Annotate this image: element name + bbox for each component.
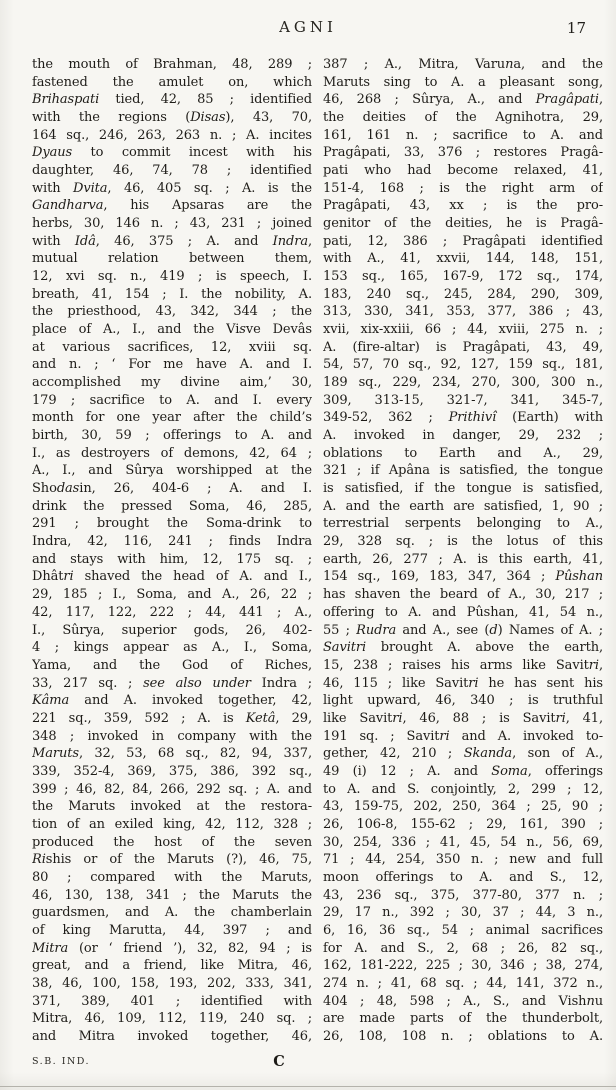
text-line: 291 ; brought the Soma-drink to (32, 515, 312, 533)
text-line: 189 sq., 229, 234, 270, 300, 300 n., (323, 374, 603, 392)
text-line: 339, 352-4, 369, 375, 386, 392 sq., (32, 763, 312, 781)
text-line: oblations to Earth and A., 29, (323, 445, 603, 463)
text-line: Pragâpati, 33, 376 ; restores Pragâ- (323, 144, 603, 162)
text-line: daughter, 46, 74, 78 ; identified (32, 162, 312, 180)
text-line: has shaven the beard of A., 30, 217 ; (323, 586, 603, 604)
text-line: accomplished my divine aim,’ 30, (32, 374, 312, 392)
text-line: month for one year after the child’s (32, 409, 312, 427)
text-line: 221 sq., 359, 592 ; A. is Ketâ, 29, (32, 710, 312, 728)
text-line: 349-52, 362 ; Prithivî (Earth) with (323, 409, 603, 427)
text-line: the Maruts invoked at the restora- (32, 798, 312, 816)
text-line: 43, 159-75, 202, 250, 364 ; 25, 90 ; (323, 798, 603, 816)
text-line: with A., 41, xxvii, 144, 148, 151, (323, 250, 603, 268)
text-line: the mouth of Brahman, 48, 289 ; (32, 56, 312, 74)
text-line: Maruts sing to A. a pleasant song, (323, 74, 603, 92)
page-header: AGNI 17 (0, 18, 616, 40)
text-line: Mitra, 46, 109, 112, 119, 240 sq. ; (32, 1010, 312, 1028)
text-line: I., as destroyers of demons, 42, 64 ; (32, 445, 312, 463)
text-line: Rishis or of the Maruts (?), 46, 75, (32, 851, 312, 869)
text-line: Pragâpati, 43, xx ; is the pro- (323, 197, 603, 215)
text-line: 15, 238 ; raises his arms like Savitri, (323, 657, 603, 675)
text-line: 404 ; 48, 598 ; A., S., and Vishnu (323, 993, 603, 1011)
text-line: 26, 106-8, 155-62 ; 29, 161, 390 ; (323, 816, 603, 834)
text-line: 161, 161 n. ; sacrifice to A. and (323, 127, 603, 145)
text-line: Dhâtri shaved the head of A. and I., (32, 568, 312, 586)
text-line: 30, 254, 336 ; 41, 45, 54 n., 56, 69, (323, 834, 603, 852)
text-line: and n. ; ‘ For me have A. and I. (32, 356, 312, 374)
scan-edge-line (0, 1086, 616, 1087)
text-line: to A. and S. conjointly, 2, 299 ; 12, (323, 781, 603, 799)
book-page: AGNI 17 the mouth of Brahman, 48, 289 ;f… (0, 0, 616, 1090)
text-line: pati, 12, 386 ; Pragâpati identified (323, 233, 603, 251)
text-line: 80 ; compared with the Maruts, (32, 869, 312, 887)
text-line: A. (fire-altar) is Pragâpati, 43, 49, (323, 339, 603, 357)
text-line: with the regions (Disas), 43, 70, (32, 109, 312, 127)
text-line: light upward, 46, 340 ; is truthful (323, 692, 603, 710)
text-line: 46, 268 ; Sûrya, A., and Pragâpati, (323, 91, 603, 109)
text-line: 33, 217 sq. ; see also under Indra ; (32, 675, 312, 693)
text-line: 29, 328 sq. ; is the lotus of this (323, 533, 603, 551)
text-line: like Savitri, 46, 88 ; is Savitri, 41, (323, 710, 603, 728)
text-line: I., Sûrya, superior gods, 26, 402- (32, 622, 312, 640)
text-line: moon offerings to A. and S., 12, (323, 869, 603, 887)
text-line: 164 sq., 246, 263, 263 n. ; A. incites (32, 127, 312, 145)
text-line: Kâma and A. invoked together, 42, (32, 692, 312, 710)
text-line: herbs, 30, 146 n. ; 43, 231 ; joined (32, 215, 312, 233)
text-line: of king Marutta, 44, 397 ; and (32, 922, 312, 940)
text-line: A. invoked in danger, 29, 232 ; (323, 427, 603, 445)
text-line: Yama, and the God of Riches, (32, 657, 312, 675)
text-line: 26, 108, 108 n. ; oblations to A. (323, 1028, 603, 1046)
text-line: the priesthood, 43, 342, 344 ; the (32, 303, 312, 321)
text-line: 42, 117, 122, 222 ; 44, 441 ; A., (32, 604, 312, 622)
text-line: 179 ; sacrifice to A. and I. every (32, 392, 312, 410)
text-line: 321 ; if Apâna is satisfied, the tongue (323, 462, 603, 480)
text-line: 71 ; 44, 254, 350 n. ; new and full (323, 851, 603, 869)
page-footer: S.B. IND. C (0, 1053, 616, 1071)
text-line: 387 ; A., Mitra, Varuna, and the (323, 56, 603, 74)
text-line: is satisfied, if the tongue is satisfied… (323, 480, 603, 498)
text-line: xvii, xix-xxiii, 66 ; 44, xviii, 275 n. … (323, 321, 603, 339)
text-line: A., I., and Sûrya worshipped at the (32, 462, 312, 480)
text-line: are made parts of the thunderbolt, (323, 1010, 603, 1028)
text-line: Dyaus to commit incest with his (32, 144, 312, 162)
text-line: offering to A. and Pûshan, 41, 54 n., (323, 604, 603, 622)
text-line: breath, 41, 154 ; I. the nobility, A. (32, 286, 312, 304)
text-line: 154 sq., 169, 183, 347, 364 ; Pûshan (323, 568, 603, 586)
text-line: tion of an exiled king, 42, 112, 328 ; (32, 816, 312, 834)
text-line: 162, 181-222, 225 ; 30, 346 ; 38, 274, (323, 957, 603, 975)
text-line: 309, 313-15, 321-7, 341, 345-7, (323, 392, 603, 410)
text-line: 348 ; invoked in company with the (32, 728, 312, 746)
text-line: 46, 130, 138, 341 ; the Maruts the (32, 887, 312, 905)
text-line: Indra, 42, 116, 241 ; finds Indra (32, 533, 312, 551)
text-line: 153 sq., 165, 167-9, 172 sq., 174, (323, 268, 603, 286)
text-line: Brihaspati tied, 42, 85 ; identified (32, 91, 312, 109)
text-line: the deities of the Agnihotra, 29, (323, 109, 603, 127)
text-line: 6, 16, 36 sq., 54 ; animal sacrifices (323, 922, 603, 940)
text-line: 29, 185 ; I., Soma, and A., 26, 22 ; (32, 586, 312, 604)
text-line: with Idâ, 46, 375 ; A. and Indra, (32, 233, 312, 251)
text-line: with Dvita, 46, 405 sq. ; A. is the (32, 180, 312, 198)
text-line: Mitra (or ‘ friend ’), 32, 82, 94 ; is (32, 940, 312, 958)
text-line: earth, 26, 277 ; A. is this earth, 41, (323, 551, 603, 569)
text-line: 46, 115 ; like Savitri he has sent his (323, 675, 603, 693)
text-column-left: the mouth of Brahman, 48, 289 ;fastened … (32, 56, 312, 1046)
text-line: A. and the earth are satisfied, 1, 90 ; (323, 498, 603, 516)
text-line: Shodasin, 26, 404-6 ; A. and I. (32, 480, 312, 498)
text-line: birth, 30, 59 ; offerings to A. and (32, 427, 312, 445)
text-line: drink the pressed Soma, 46, 285, (32, 498, 312, 516)
text-line: gether, 42, 210 ; Skanda, son of A., (323, 745, 603, 763)
running-head-title: AGNI (0, 18, 616, 36)
text-line: 313, 330, 341, 353, 377, 386 ; 43, (323, 303, 603, 321)
text-line: 43, 236 sq., 375, 377-80, 377 n. ; (323, 887, 603, 905)
text-line: mutual relation between them, (32, 250, 312, 268)
text-line: fastened the amulet on, which (32, 74, 312, 92)
text-line: 151-4, 168 ; is the right arm of (323, 180, 603, 198)
text-line: 49 (i) 12 ; A. and Soma, offerings (323, 763, 603, 781)
text-line: 38, 46, 100, 158, 193, 202, 333, 341, (32, 975, 312, 993)
text-line: great, and a friend, like Mitra, 46, (32, 957, 312, 975)
text-line: 191 sq. ; Savitri and A. invoked to- (323, 728, 603, 746)
text-line: 4 ; kings appear as A., I., Soma, (32, 639, 312, 657)
text-line: pati who had become relaxed, 41, (323, 162, 603, 180)
text-line: guardsmen, and A. the chamberlain (32, 904, 312, 922)
text-line: Savitri brought A. above the earth, (323, 639, 603, 657)
text-line: 274 n. ; 41, 68 sq. ; 44, 141, 372 n., (323, 975, 603, 993)
text-column-right: 387 ; A., Mitra, Varuna, and theMaruts s… (323, 56, 603, 1046)
text-line: produced the host of the seven (32, 834, 312, 852)
text-line: 29, 17 n., 392 ; 30, 37 ; 44, 3 n., (323, 904, 603, 922)
text-line: for A. and S., 2, 68 ; 26, 82 sq., (323, 940, 603, 958)
text-line: Gandharva, his Apsaras are the (32, 197, 312, 215)
text-line: 55 ; Rudra and A., see (d) Names of A. ; (323, 622, 603, 640)
text-line: and stays with him, 12, 175 sq. ; (32, 551, 312, 569)
text-line: 54, 57, 70 sq., 92, 127, 159 sq., 181, (323, 356, 603, 374)
text-line: 183, 240 sq., 245, 284, 290, 309, (323, 286, 603, 304)
text-line: at various sacrifices, 12, xviii sq. (32, 339, 312, 357)
text-line: and Mitra invoked together, 46, (32, 1028, 312, 1046)
text-line: 371, 389, 401 ; identified with (32, 993, 312, 1011)
text-line: 399 ; 46, 82, 84, 266, 292 sq. ; A. and (32, 781, 312, 799)
sheet-signature-letter: C (0, 1053, 558, 1070)
text-line: place of A., I., and the Visve Devâs (32, 321, 312, 339)
text-line: genitor of the deities, he is Pragâ- (323, 215, 603, 233)
page-number: 17 (567, 19, 586, 37)
text-line: Maruts, 32, 53, 68 sq., 82, 94, 337, (32, 745, 312, 763)
text-line: 12, xvi sq. n., 419 ; is speech, I. (32, 268, 312, 286)
text-line: terrestrial serpents belonging to A., (323, 515, 603, 533)
